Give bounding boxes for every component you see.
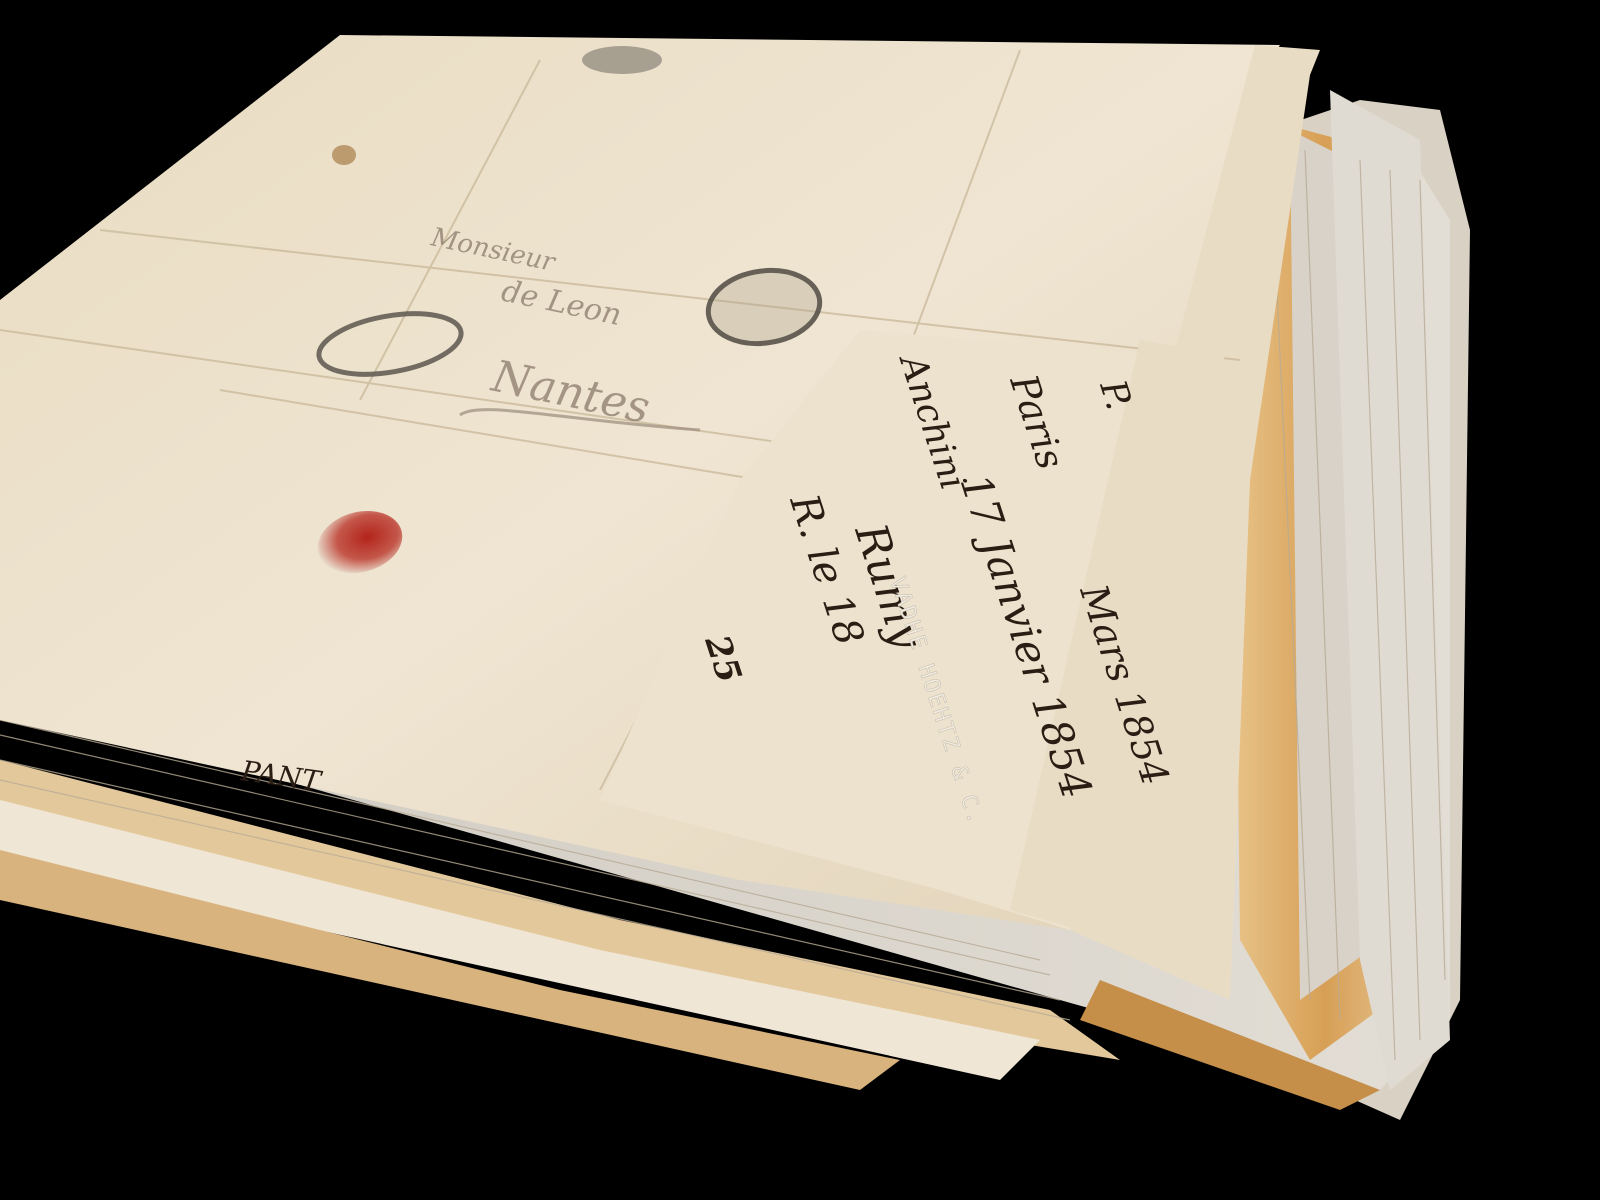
letter-stack-photo: Monsieur de Leon Nantes Paris 17 Janvier…: [0, 0, 1600, 1200]
stain-spot: [332, 145, 356, 165]
top-postmark: [582, 46, 662, 74]
